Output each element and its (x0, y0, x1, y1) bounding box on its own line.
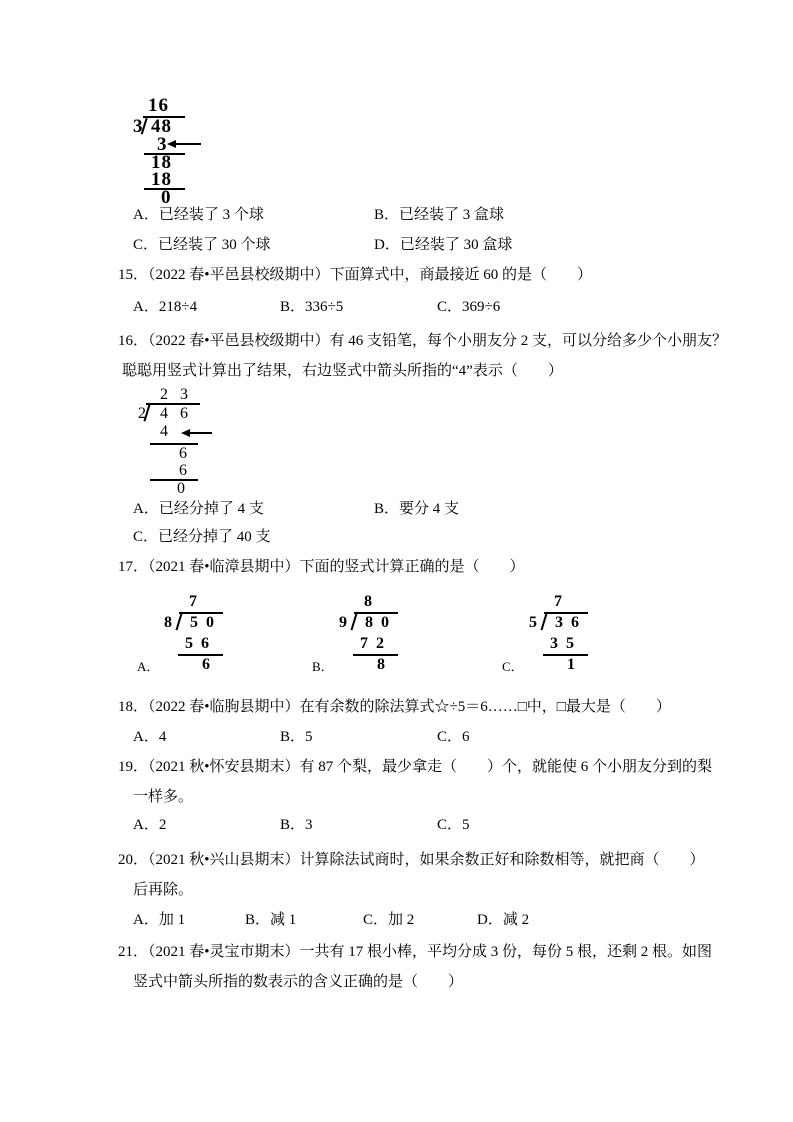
quotient: 8 (364, 594, 372, 609)
brought-down-number: 6 (179, 446, 187, 461)
quotient: 7 (189, 594, 197, 609)
long-division-option-b: 8 9 8 0 7 2 8 B． (310, 588, 420, 688)
partial-product: 3 (157, 137, 168, 153)
question-14-option-d: D．已经装了 30 盒球 (374, 236, 512, 255)
question-19-option-c: C．5 (437, 816, 470, 835)
question-19-option-b: B．3 (280, 816, 313, 835)
partial-product: 5 6 (185, 636, 211, 651)
question-15-option-b: B．336÷5 (280, 298, 343, 317)
question-21-line-2: 竖式中箭头所指的数表示的含义正确的是（ ） (133, 973, 463, 992)
dividend: 8 0 (365, 615, 391, 630)
option-label: C． (502, 660, 524, 674)
question-15-option-a: A．218÷4 (133, 298, 197, 317)
question-16-option-b: B．要分 4 支 (374, 500, 459, 519)
partial-product: 7 2 (360, 636, 386, 651)
question-18-text: 18．（2022 春•临朐县期中）在有余数的除法算式☆÷5＝6……□中，□最大是… (118, 698, 671, 717)
question-18-option-b: B．5 (280, 728, 313, 747)
long-division-46-by-2: 2 3 2 4 6 4 6 6 0 (138, 386, 228, 500)
division-bracket-slash (350, 612, 358, 631)
question-15-text: 15．（2022 春•平邑县校级期中）下面算式中，商最接近 60 的是（ ） (118, 266, 592, 285)
quotient: 7 (554, 594, 562, 609)
question-19-option-a: A．2 (133, 816, 166, 835)
long-division-48-by-3: 16 3 48 3 18 18 0 (133, 97, 223, 209)
quotient: 2 3 (160, 387, 192, 402)
arrow-left-icon (169, 143, 201, 145)
partial-product: 4 (160, 424, 168, 439)
question-16-option-a: A．已经分掉了 4 支 (133, 500, 264, 519)
divisor: 9 (339, 615, 347, 630)
partial-product: 3 5 (550, 636, 576, 651)
question-16-line-1: 16．（2022 春•平邑县校级期中）有 46 支铅笔，每个小朋友分 2 支，可… (118, 332, 727, 351)
divisor: 5 (529, 615, 537, 630)
worksheet-page: 16 3 48 3 18 18 0 A．已经装了 3 个球 B．已经装了 3 盒… (0, 0, 793, 1122)
subtraction-line (150, 479, 198, 481)
subtraction-line (150, 443, 198, 445)
division-bracket-slash (175, 612, 183, 631)
question-20-option-c: C．加 2 (363, 911, 414, 930)
question-20-option-b: B．减 1 (245, 911, 296, 930)
question-17-text: 17．（2021 春•临漳县期中）下面的竖式计算正确的是（ ） (118, 558, 525, 577)
question-16-option-c: C．已经分掉了 40 支 (133, 528, 271, 547)
question-20-line-2: 后再除。 (133, 881, 193, 900)
question-19-line-1: 19．（2021 秋•怀安县期末）有 87 个梨，最少拿走（ ）个，就能使 6 … (118, 758, 712, 777)
question-18-option-a: A．4 (133, 728, 166, 747)
dividend: 5 0 (190, 615, 216, 630)
option-label: A． (137, 660, 159, 674)
division-bracket-slash (540, 612, 548, 631)
partial-product: 6 (179, 463, 187, 478)
long-division-option-a: 7 8 5 0 5 6 6 A． (135, 588, 245, 688)
quotient: 16 (148, 98, 169, 114)
partial-product: 18 (151, 172, 172, 188)
question-20-option-a: A．加 1 (133, 911, 185, 930)
remainder: 0 (161, 190, 172, 206)
remainder: 8 (377, 657, 385, 672)
dividend: 3 6 (555, 615, 581, 630)
arrow-left-icon (183, 432, 212, 434)
question-18-option-c: C．6 (437, 728, 470, 747)
question-14-option-c: C．已经装了 30 个球 (133, 236, 271, 255)
question-21-line-1: 21．（2021 春•灵宝市期末）一共有 17 根小棒，平均分成 3 份，每份 … (118, 943, 712, 962)
question-20-option-d: D．减 2 (477, 911, 529, 930)
question-16-line-2: 聪聪用竖式计算出了结果，右边竖式中箭头所指的“4”表示（ ） (122, 362, 563, 381)
dividend: 4 6 (160, 406, 192, 421)
remainder: 6 (202, 657, 210, 672)
dividend: 48 (151, 119, 172, 135)
question-15-option-c: C．369÷6 (437, 298, 500, 317)
remainder: 1 (567, 657, 575, 672)
divisor: 8 (164, 615, 172, 630)
option-label: B． (312, 660, 334, 674)
subtraction-line (178, 654, 223, 656)
question-19-line-2: 一样多。 (133, 788, 193, 807)
long-division-option-c: 7 5 3 6 3 5 1 C． (500, 588, 610, 688)
question-20-line-1: 20．（2021 秋•兴山县期末）计算除法试商时，如果余数正好和除数相等，就把商… (118, 851, 705, 870)
question-14-option-b: B．已经装了 3 盒球 (374, 206, 504, 225)
subtraction-line (353, 654, 398, 656)
remainder: 0 (177, 481, 185, 496)
question-14-option-a: A．已经装了 3 个球 (133, 206, 264, 225)
subtraction-line (543, 654, 588, 656)
